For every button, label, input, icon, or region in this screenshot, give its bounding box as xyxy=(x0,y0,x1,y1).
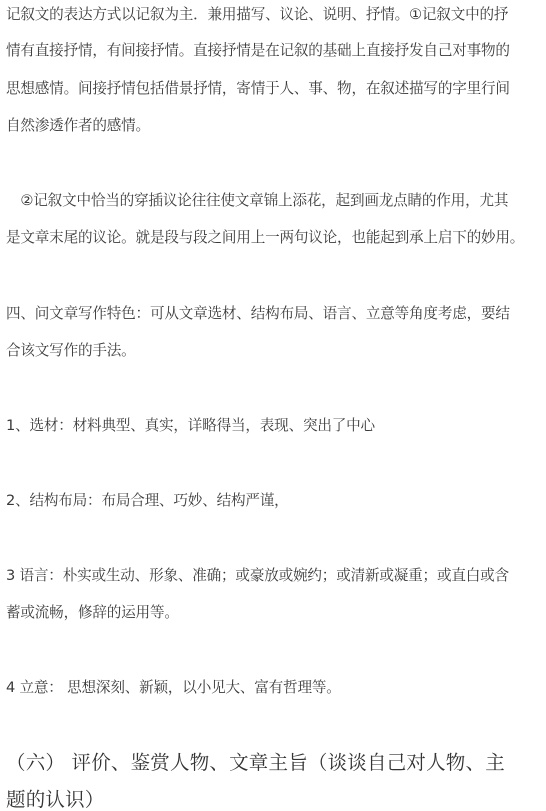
heading-line: 题的认识） xyxy=(6,787,540,811)
text-line: 4 立意： 思想深刻、新颖，以小见大、富有哲理等。 xyxy=(6,678,540,698)
text-line: 合该文写作的手法。 xyxy=(6,341,540,361)
text-line: 情有直接抒情，有间接抒情。直接抒情是在记叙的基础上直接抒发自己对事物的 xyxy=(6,41,540,61)
text-line: 思想感情。间接抒情包括借景抒情，寄情于人、事、物，在叙述描写的字里行间 xyxy=(6,79,540,99)
text-line: 四、问文章写作特色：可从文章选材、结构布局、语言、立意等角度考虑，要结 xyxy=(6,304,540,324)
text-line: 2、结构布局：布局合理、巧妙、结构严谨， xyxy=(6,491,540,511)
text-line: ②记叙文中恰当的穿插议论往往使文章锦上添花，起到画龙点睛的作用，尤其 xyxy=(6,191,540,211)
text-line: 1、选材：材料典型、真实，详略得当，表现、突出了中心 xyxy=(6,416,540,436)
heading-line: （六） 评价、鉴赏人物、文章主旨（谈谈自己对人物、主 xyxy=(6,750,540,776)
text-line: 3 语言：朴实或生动、形象、准确；或豪放或婉约；或清新或凝重；或直白或含 xyxy=(6,566,540,586)
text-line: 蓄或流畅，修辞的运用等。 xyxy=(6,603,540,623)
text-line: 自然渗透作者的感情。 xyxy=(6,116,540,136)
text-line: 记叙文的表达方式以记叙为主．兼用描写、议论、说明、抒情。①记叙文中的抒 xyxy=(6,5,540,25)
text-line: 是文章末尾的议论。就是段与段之间用上一两句议论，也能起到承上启下的妙用。 xyxy=(6,228,540,248)
